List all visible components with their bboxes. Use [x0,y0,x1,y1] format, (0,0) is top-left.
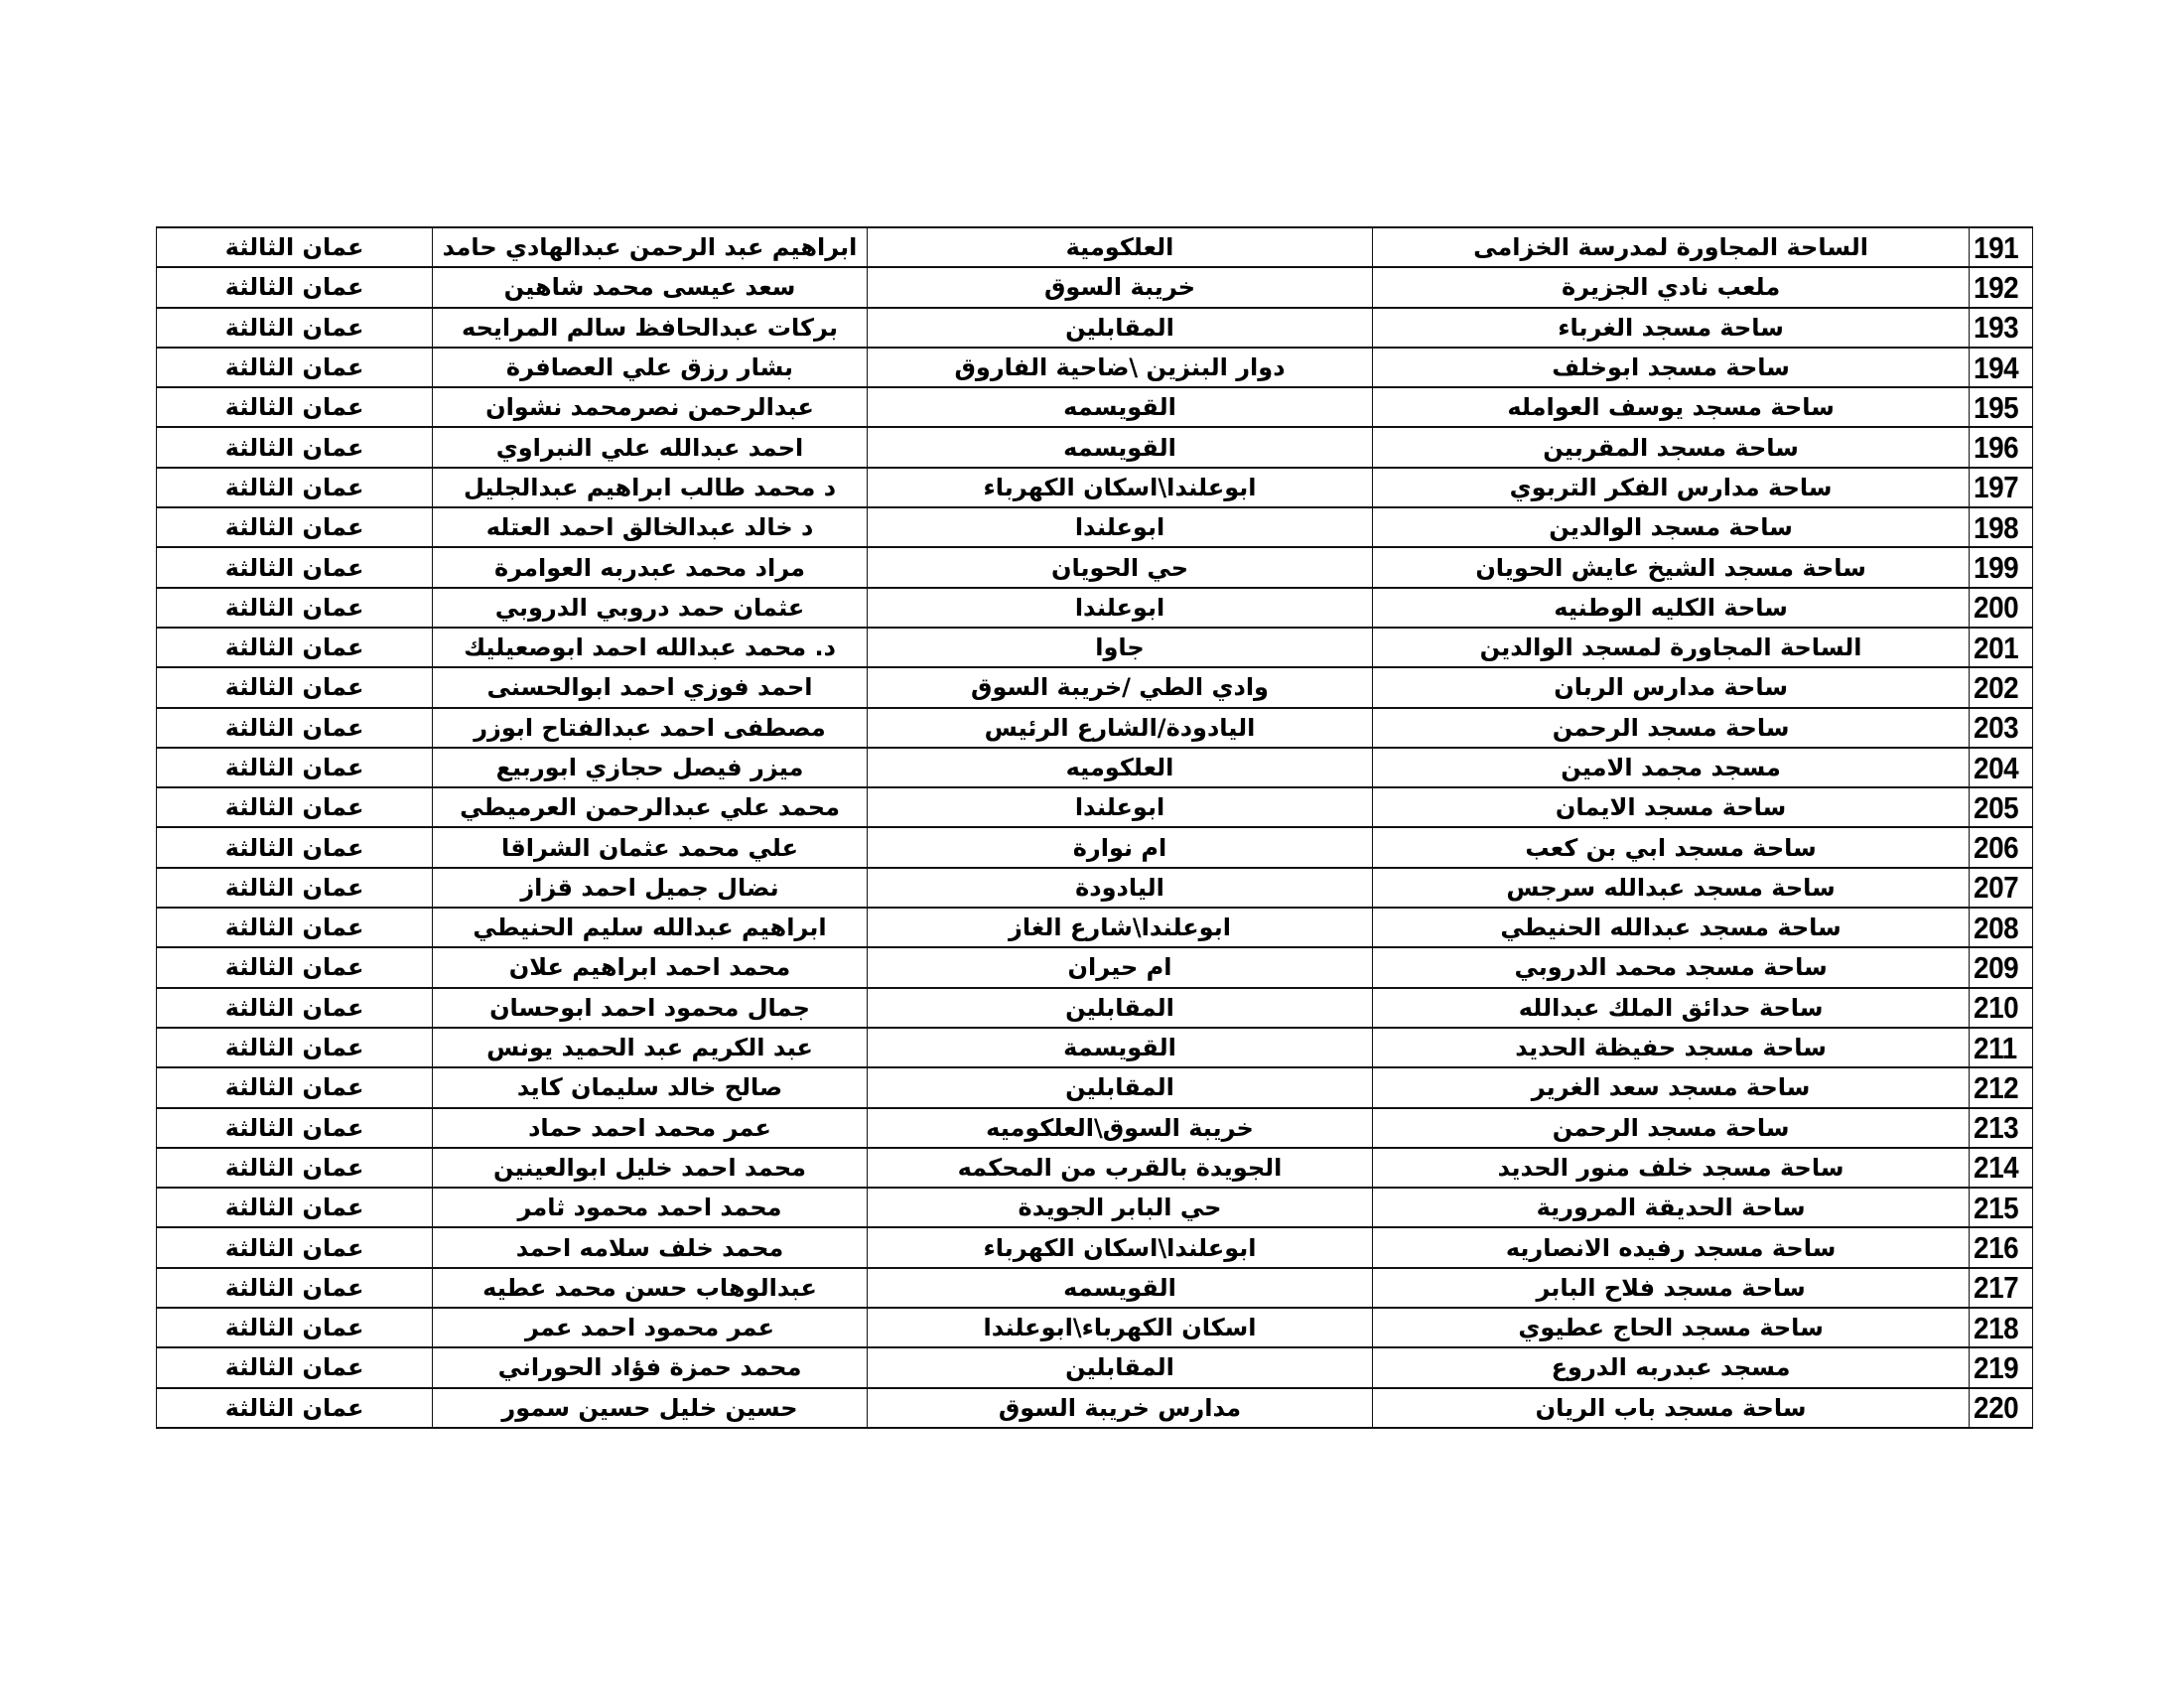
site-cell: ساحة مسجد الحاج عطيوي [1373,1308,1970,1347]
responsible-name-cell: مراد محمد عبدربه العوامرة [433,547,867,587]
district-cell: عمان الثالثة [157,387,433,427]
responsible-name-cell: ابراهيم عبدالله سليم الحنيطي [433,908,867,947]
district-cell: عمان الثالثة [157,468,433,507]
district-cell: عمان الثالثة [157,1188,433,1227]
row-number-cell: 198 [1969,507,2032,547]
row-number-cell: 214 [1969,1148,2032,1188]
responsible-name-cell: عبدالوهاب حسن محمد عطيه [433,1268,867,1308]
district-cell: عمان الثالثة [157,588,433,628]
responsible-name-cell: د. محمد عبدالله احمد ابوصعيليك [433,628,867,667]
district-cell: عمان الثالثة [157,988,433,1028]
site-cell: ساحة مدارس الفكر التربوي [1373,468,1970,507]
area-cell: المقابلين [867,988,1373,1028]
site-cell: ساحة مسجد خلف منور الحديد [1373,1148,1970,1188]
area-cell: اليادودة [867,868,1373,908]
row-number-cell: 197 [1969,468,2032,507]
site-cell: ساحة مسجد حفيظة الحديد [1373,1028,1970,1067]
table-row: عمان الثالثة بركات عبدالحافظ سالم المراي… [157,308,2033,348]
table-row: عمان الثالثة علي محمد عثمان الشراقا ام ن… [157,827,2033,867]
area-cell: اليادودة/الشارع الرئيس [867,708,1373,748]
responsible-name-cell: محمد احمد محمود ثامر [433,1188,867,1227]
site-cell: ساحة مدارس الربان [1373,667,1970,707]
row-number-cell: 203 [1969,708,2032,748]
table-row: عمان الثالثة صالح خالد سليمان كايد المقا… [157,1067,2033,1107]
district-cell: عمان الثالثة [157,1067,433,1107]
site-cell: ساحة مسجد باب الريان [1373,1388,1970,1428]
responsible-name-cell: ميزر فيصل حجازي ابوربيع [433,748,867,787]
area-cell: ابوعلندا\اسكان الكهرباء [867,468,1373,507]
area-cell: حي البابر الجويدة [867,1188,1373,1227]
responsible-name-cell: بشار رزق علي العصافرة [433,348,867,387]
area-cell: المقابلين [867,308,1373,348]
row-number-cell: 202 [1969,667,2032,707]
district-cell: عمان الثالثة [157,908,433,947]
table-row: عمان الثالثة حسين خليل حسين سمور مدارس خ… [157,1388,2033,1428]
area-cell: ابوعلندا [867,507,1373,547]
row-number-cell: 216 [1969,1227,2032,1267]
site-cell: ساحة حدائق الملك عبدالله [1373,988,1970,1028]
row-number-cell: 193 [1969,308,2032,348]
table-row: عمان الثالثة عبد الكريم عبد الحميد يونس … [157,1028,2033,1067]
table-row: عمان الثالثة ابراهيم عبدالله سليم الحنيط… [157,908,2033,947]
row-number-cell: 213 [1969,1108,2032,1148]
area-cell: العلكوميه [867,748,1373,787]
row-number-cell: 205 [1969,787,2032,827]
site-cell: ساحة الحديقة المرورية [1373,1188,1970,1227]
table-row: عمان الثالثة محمد احمد خليل ابوالعينين ا… [157,1148,2033,1188]
responsible-name-cell: بركات عبدالحافظ سالم المرايحه [433,308,867,348]
row-number-cell: 194 [1969,348,2032,387]
site-cell: ساحة مسجد الوالدين [1373,507,1970,547]
row-number-cell: 212 [1969,1067,2032,1107]
sites-table-body: عمان الثالثة ابراهيم عبد الرحمن عبدالهاد… [157,227,2033,1428]
site-cell: ساحة مسجد الغرباء [1373,308,1970,348]
table-row: عمان الثالثة احمد فوزي احمد ابوالحسنى وا… [157,667,2033,707]
responsible-name-cell: حسين خليل حسين سمور [433,1388,867,1428]
site-cell: ساحة مسجد الشيخ عايش الحويان [1373,547,1970,587]
district-cell: عمان الثالثة [157,667,433,707]
district-cell: عمان الثالثة [157,1388,433,1428]
table-row: عمان الثالثة عبدالوهاب حسن محمد عطيه الق… [157,1268,2033,1308]
table-row: عمان الثالثة د. محمد عبدالله احمد ابوصعي… [157,628,2033,667]
district-cell: عمان الثالثة [157,348,433,387]
responsible-name-cell: عبدالرحمن نصرمحمد نشوان [433,387,867,427]
row-number-cell: 201 [1969,628,2032,667]
area-cell: العلكومية [867,227,1373,267]
table-row: عمان الثالثة عبدالرحمن نصرمحمد نشوان الق… [157,387,2033,427]
row-number-cell: 206 [1969,827,2032,867]
table-row: عمان الثالثة عثمان حمد دروبي الدروبي ابو… [157,588,2033,628]
district-cell: عمان الثالثة [157,1308,433,1347]
table-row: عمان الثالثة ابراهيم عبد الرحمن عبدالهاد… [157,227,2033,267]
area-cell: ام نوارة [867,827,1373,867]
district-cell: عمان الثالثة [157,1268,433,1308]
row-number-cell: 195 [1969,387,2032,427]
row-number-cell: 210 [1969,988,2032,1028]
site-cell: ساحة مسجد الايمان [1373,787,1970,827]
district-cell: عمان الثالثة [157,1148,433,1188]
responsible-name-cell: د محمد طالب ابراهيم عبدالجليل [433,468,867,507]
area-cell: اسكان الكهرباء\ابوعلندا [867,1308,1373,1347]
table-row: عمان الثالثة مصطفى احمد عبدالفتاح ابوزر … [157,708,2033,748]
row-number-cell: 196 [1969,427,2032,467]
row-number-cell: 208 [1969,908,2032,947]
table-row: عمان الثالثة محمد احمد محمود ثامر حي الب… [157,1188,2033,1227]
responsible-name-cell: عمر محمد احمد حماد [433,1108,867,1148]
area-cell: ابوعلندا\اسكان الكهرباء [867,1227,1373,1267]
area-cell: القويسمه [867,387,1373,427]
area-cell: القويسمه [867,1268,1373,1308]
responsible-name-cell: احمد فوزي احمد ابوالحسنى [433,667,867,707]
site-cell: ساحة مسجد ابي بن كعب [1373,827,1970,867]
district-cell: عمان الثالثة [157,628,433,667]
responsible-name-cell: مصطفى احمد عبدالفتاح ابوزر [433,708,867,748]
area-cell: ابوعلندا\شارع الغاز [867,908,1373,947]
table-row: عمان الثالثة عمر محمد احمد حماد خريبة ال… [157,1108,2033,1148]
district-cell: عمان الثالثة [157,547,433,587]
responsible-name-cell: نضال جميل احمد قزاز [433,868,867,908]
area-cell: المقابلين [867,1067,1373,1107]
area-cell: خريبة السوق [867,267,1373,307]
responsible-name-cell: علي محمد عثمان الشراقا [433,827,867,867]
area-cell: القويسمه [867,427,1373,467]
table-row: عمان الثالثة محمد علي عبدالرحمن العرميطي… [157,787,2033,827]
responsible-name-cell: محمد علي عبدالرحمن العرميطي [433,787,867,827]
responsible-name-cell: محمد حمزة فؤاد الحوراني [433,1347,867,1387]
area-cell: المقابلين [867,1347,1373,1387]
site-cell: ملعب نادي الجزيرة [1373,267,1970,307]
table-row: عمان الثالثة د محمد طالب ابراهيم عبدالجل… [157,468,2033,507]
area-cell: القويسمة [867,1028,1373,1067]
area-cell: وادي الطي /خريبة السوق [867,667,1373,707]
site-cell: الساحة المجاورة لمسجد الوالدين [1373,628,1970,667]
district-cell: عمان الثالثة [157,267,433,307]
site-cell: مسجد مجمد الامين [1373,748,1970,787]
row-number-cell: 209 [1969,947,2032,987]
row-number-cell: 204 [1969,748,2032,787]
district-cell: عمان الثالثة [157,947,433,987]
table-row: عمان الثالثة ميزر فيصل حجازي ابوربيع الع… [157,748,2033,787]
responsible-name-cell: عثمان حمد دروبي الدروبي [433,588,867,628]
site-cell: ساحة مسجد الرحمن [1373,1108,1970,1148]
responsible-name-cell: محمد احمد خليل ابوالعينين [433,1148,867,1188]
row-number-cell: 215 [1969,1188,2032,1227]
row-number-cell: 220 [1969,1388,2032,1428]
area-cell: ابوعلندا [867,588,1373,628]
district-cell: عمان الثالثة [157,1227,433,1267]
row-number-cell: 217 [1969,1268,2032,1308]
document-page: عمان الثالثة ابراهيم عبد الرحمن عبدالهاد… [0,0,2184,1688]
district-cell: عمان الثالثة [157,1108,433,1148]
district-cell: عمان الثالثة [157,748,433,787]
responsible-name-cell: عمر محمود احمد عمر [433,1308,867,1347]
row-number-cell: 219 [1969,1347,2032,1387]
row-number-cell: 199 [1969,547,2032,587]
table-row: عمان الثالثة د خالد عبدالخالق احمد العتل… [157,507,2033,547]
responsible-name-cell: محمد خلف سلامه احمد [433,1227,867,1267]
area-cell: دوار البنزين \ضاحية الفاروق [867,348,1373,387]
table-row: عمان الثالثة سعد عيسى محمد شاهين خريبة ا… [157,267,2033,307]
row-number-cell: 200 [1969,588,2032,628]
area-cell: جاوا [867,628,1373,667]
district-cell: عمان الثالثة [157,827,433,867]
district-cell: عمان الثالثة [157,1347,433,1387]
district-cell: عمان الثالثة [157,308,433,348]
site-cell: الساحة المجاورة لمدرسة الخزامى [1373,227,1970,267]
responsible-name-cell: سعد عيسى محمد شاهين [433,267,867,307]
table-row: عمان الثالثة جمال محمود احمد ابوحسان الم… [157,988,2033,1028]
sites-table: عمان الثالثة ابراهيم عبد الرحمن عبدالهاد… [156,226,2033,1429]
district-cell: عمان الثالثة [157,868,433,908]
area-cell: ابوعلندا [867,787,1373,827]
site-cell: ساحة مسجد عبدالله سرجس [1373,868,1970,908]
table-row: عمان الثالثة محمد حمزة فؤاد الحوراني الم… [157,1347,2033,1387]
site-cell: ساحة مسجد عبدالله الحنيطي [1373,908,1970,947]
site-cell: مسجد عبدربه الدروع [1373,1347,1970,1387]
responsible-name-cell: احمد عبدالله علي النبراوي [433,427,867,467]
site-cell: ساحة الكليه الوطنيه [1373,588,1970,628]
responsible-name-cell: محمد احمد ابراهيم علان [433,947,867,987]
area-cell: خريبة السوق\العلكوميه [867,1108,1373,1148]
responsible-name-cell: جمال محمود احمد ابوحسان [433,988,867,1028]
row-number-cell: 207 [1969,868,2032,908]
row-number-cell: 191 [1969,227,2032,267]
responsible-name-cell: ابراهيم عبد الرحمن عبدالهادي حامد [433,227,867,267]
row-number-cell: 218 [1969,1308,2032,1347]
table-row: عمان الثالثة محمد خلف سلامه احمد ابوعلند… [157,1227,2033,1267]
site-cell: ساحة مسجد ابوخلف [1373,348,1970,387]
table-row: عمان الثالثة نضال جميل احمد قزاز اليادود… [157,868,2033,908]
responsible-name-cell: عبد الكريم عبد الحميد يونس [433,1028,867,1067]
site-cell: ساحة مسجد محمد الدروبي [1373,947,1970,987]
area-cell: ام حيران [867,947,1373,987]
row-number-cell: 211 [1969,1028,2032,1067]
site-cell: ساحة مسجد الرحمن [1373,708,1970,748]
area-cell: الجويدة بالقرب من المحكمه [867,1148,1373,1188]
table-row: عمان الثالثة محمد احمد ابراهيم علان ام ح… [157,947,2033,987]
district-cell: عمان الثالثة [157,787,433,827]
table-row: عمان الثالثة مراد محمد عبدربه العوامرة ح… [157,547,2033,587]
responsible-name-cell: صالح خالد سليمان كايد [433,1067,867,1107]
table-row: عمان الثالثة عمر محمود احمد عمر اسكان ال… [157,1308,2033,1347]
district-cell: عمان الثالثة [157,427,433,467]
responsible-name-cell: د خالد عبدالخالق احمد العتله [433,507,867,547]
site-cell: ساحة مسجد رفيده الانصاريه [1373,1227,1970,1267]
district-cell: عمان الثالثة [157,708,433,748]
site-cell: ساحة مسجد فلاح البابر [1373,1268,1970,1308]
district-cell: عمان الثالثة [157,507,433,547]
district-cell: عمان الثالثة [157,227,433,267]
table-row: عمان الثالثة احمد عبدالله علي النبراوي ا… [157,427,2033,467]
row-number-cell: 192 [1969,267,2032,307]
table-row: عمان الثالثة بشار رزق علي العصافرة دوار … [157,348,2033,387]
area-cell: حي الحويان [867,547,1373,587]
area-cell: مدارس خريبة السوق [867,1388,1373,1428]
site-cell: ساحة مسجد يوسف العوامله [1373,387,1970,427]
site-cell: ساحة مسجد المقربين [1373,427,1970,467]
district-cell: عمان الثالثة [157,1028,433,1067]
site-cell: ساحة مسجد سعد الغرير [1373,1067,1970,1107]
